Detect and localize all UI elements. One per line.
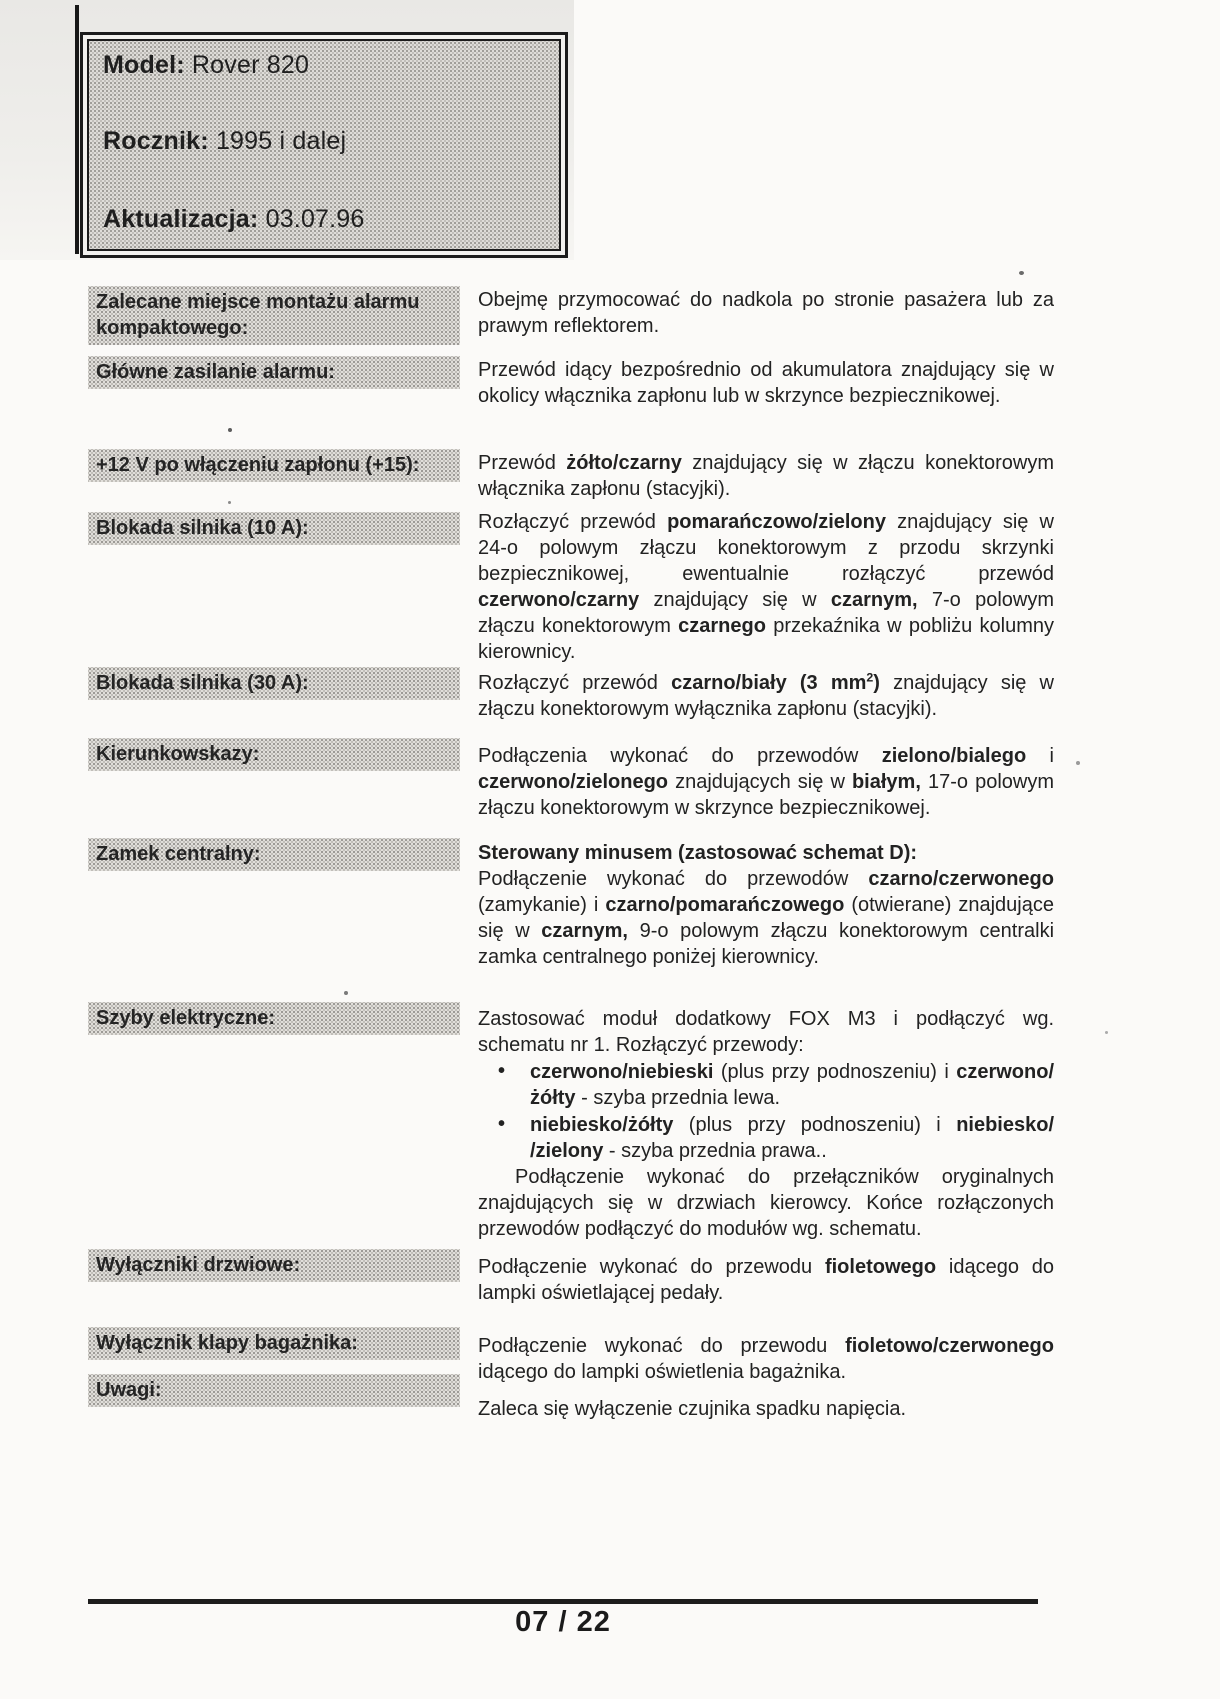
scan-speck: [228, 501, 231, 504]
model-value: Rover 820: [192, 51, 309, 79]
section-label-kierunkowskazy: Kierunkowskazy:: [88, 738, 460, 771]
section-content-wylaczniki-drzwiowe: Podłączenie wykonać do przewodu fioletow…: [478, 1254, 1054, 1306]
rocznik-value: 1995 i dalej: [216, 127, 346, 155]
page-number: 07 / 22: [463, 1606, 663, 1639]
aktualizacja-label: Aktualizacja:: [103, 205, 258, 233]
bullet-icon: •: [498, 1058, 505, 1084]
scan-speck: [1019, 271, 1024, 275]
document-page: Model: Rover 820 Rocznik: 1995 i dalej A…: [0, 0, 1220, 1699]
aktualizacja-value: 03.07.96: [266, 205, 365, 233]
paragraph: Sterowany minusem (zastosować schemat D)…: [478, 840, 1054, 866]
section-content-12v-zaplon: Przewód żółto/czarny znajdujący się w zł…: [478, 450, 1054, 502]
paragraph: Obejmę przymocować do nadkola po stronie…: [478, 287, 1054, 339]
paragraph: Podłączenie wykonać do przewodu fioletow…: [478, 1333, 1054, 1385]
paragraph: Podłączenie wykonać do przewodu fioletow…: [478, 1254, 1054, 1306]
section-label-uwagi: Uwagi:: [88, 1374, 460, 1407]
paragraph: Przewód idący bezpośrednio od akumulator…: [478, 357, 1054, 409]
bullet-item: • niebiesko/żółty (plus przy podnoszeniu…: [478, 1112, 1054, 1164]
rocznik-row: Rocznik: 1995 i dalej: [103, 127, 346, 156]
bullet-icon: •: [498, 1111, 505, 1137]
section-label-blokada-30a: Blokada silnika (30 A):: [88, 667, 460, 700]
paragraph: Przewód żółto/czarny znajdujący się w zł…: [478, 450, 1054, 502]
section-label-zamek-centralny: Zamek centralny:: [88, 838, 460, 871]
paragraph: Rozłączyć przewód pomarańczowo/zielony z…: [478, 509, 1054, 665]
section-label-szyby-elektryczne: Szyby elektryczne:: [88, 1002, 460, 1035]
bullet-text: niebiesko/żółty (plus przy podnoszeniu) …: [530, 1114, 1054, 1162]
bullet-item: • czerwono/niebieski (plus przy podnosze…: [478, 1059, 1054, 1111]
section-content-blokada-10a: Rozłączyć przewód pomarańczowo/zielony z…: [478, 509, 1054, 665]
section-content-miejsce-montazu: Obejmę przymocować do nadkola po stronie…: [478, 287, 1054, 339]
section-label-glowne-zasilanie: Główne zasilanie alarmu:: [88, 356, 460, 389]
scan-artifact-left-line: [75, 5, 79, 254]
section-label-miejsce-montazu: Zalecane miejsce montażu alarmu kompakto…: [88, 286, 460, 345]
section-label-blokada-10a: Blokada silnika (10 A):: [88, 512, 460, 545]
section-content-kierunkowskazy: Podłączenia wykonać do przewodów zielono…: [478, 743, 1054, 821]
scan-speck: [228, 428, 232, 432]
section-label-wylaczniki-drzwiowe: Wyłączniki drzwiowe:: [88, 1249, 460, 1282]
rocznik-label: Rocznik:: [103, 127, 209, 155]
section-label-12v-zaplon: +12 V po włączeniu zapłonu (+15):: [88, 449, 460, 482]
paragraph: Zastosować moduł dodatkowy FOX M3 i podł…: [478, 1006, 1054, 1058]
section-content-wylacznik-klapy: Podłączenie wykonać do przewodu fioletow…: [478, 1333, 1054, 1385]
paragraph: Podłączenie wykonać do przełączników ory…: [478, 1164, 1054, 1242]
paragraph: Rozłączyć przewód czarno/biały (3 mm2) z…: [478, 670, 1054, 722]
model-label: Model:: [103, 51, 185, 79]
footer-rule: [88, 1599, 1038, 1604]
paragraph: Podłączenia wykonać do przewodów zielono…: [478, 743, 1054, 821]
model-row: Model: Rover 820: [103, 51, 309, 80]
bullet-text: czerwono/niebieski (plus przy podnoszeni…: [530, 1061, 1054, 1109]
paragraph: Podłączenie wykonać do przewodów czarno/…: [478, 866, 1054, 970]
aktualizacja-row: Aktualizacja: 03.07.96: [103, 205, 365, 234]
section-label-wylacznik-klapy: Wyłącznik klapy bagażnika:: [88, 1327, 460, 1360]
section-content-szyby-elektryczne: Zastosować moduł dodatkowy FOX M3 i podł…: [478, 1006, 1054, 1242]
scan-speck: [344, 991, 348, 995]
paragraph: Zaleca się wyłączenie czujnika spadku na…: [478, 1396, 1054, 1422]
section-content-uwagi: Zaleca się wyłączenie czujnika spadku na…: [478, 1396, 1054, 1422]
section-content-blokada-30a: Rozłączyć przewód czarno/biały (3 mm2) z…: [478, 670, 1054, 722]
scan-speck: [1105, 1031, 1108, 1034]
vehicle-id-box: Model: Rover 820 Rocznik: 1995 i dalej A…: [80, 32, 568, 258]
section-content-glowne-zasilanie: Przewód idący bezpośrednio od akumulator…: [478, 357, 1054, 409]
scan-speck: [1076, 761, 1080, 765]
section-content-zamek-centralny: Sterowany minusem (zastosować schemat D)…: [478, 840, 1054, 970]
vehicle-id-box-inner: Model: Rover 820 Rocznik: 1995 i dalej A…: [87, 39, 561, 251]
